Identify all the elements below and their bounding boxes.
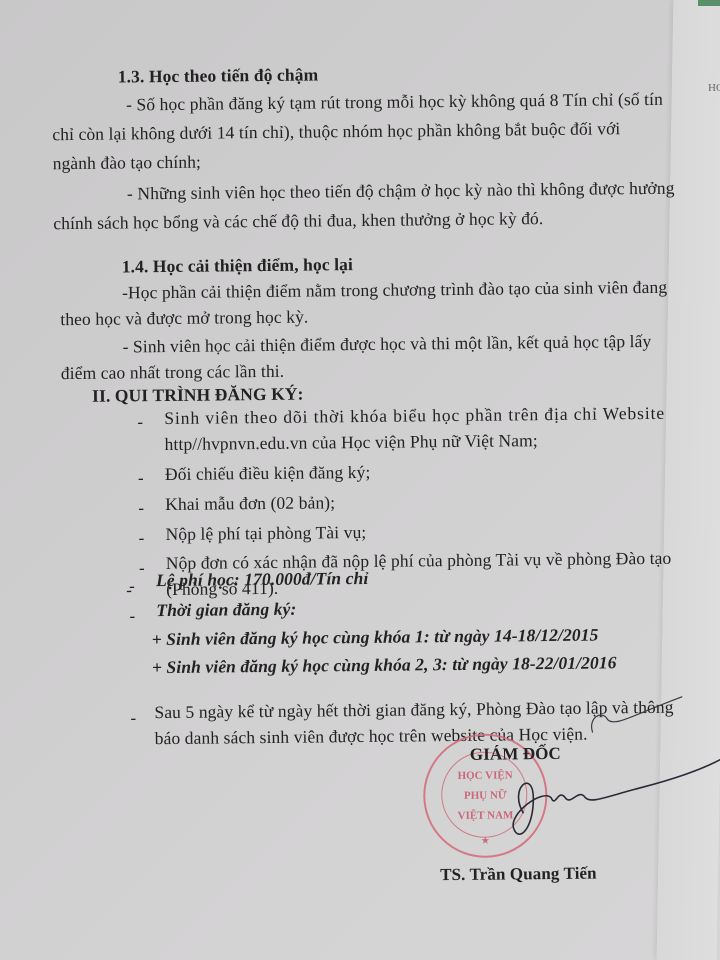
handwritten-signature: [0, 0, 720, 960]
document-page: 1.3. Học theo tiến độ chậm - Số học phần…: [0, 0, 720, 960]
signer-name: TS. Trần Quang Tiến: [440, 864, 597, 886]
